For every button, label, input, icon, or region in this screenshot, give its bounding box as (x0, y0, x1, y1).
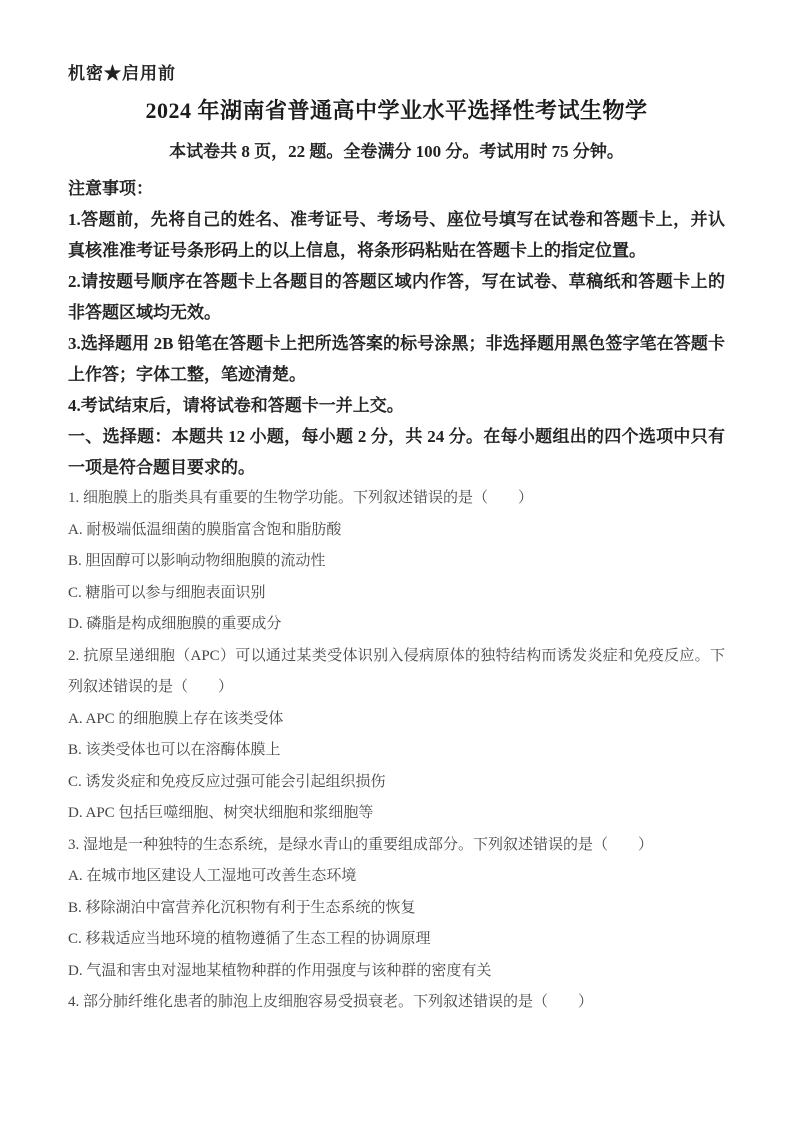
notice-section: 注意事项： 1.答题前，先将自己的姓名、准考证号、考场号、座位号填写在试卷和答题… (68, 173, 725, 421)
notice-heading: 注意事项： (68, 173, 725, 204)
option-line: A. 耐极端低温细菌的膜脂富含饱和脂肪酸 (68, 515, 725, 547)
exam-info-line: 本试卷共 8 页，22 题。全卷满分 100 分。考试用时 75 分钟。 (68, 139, 725, 165)
option-line: D. 磷脂是构成细胞膜的重要成分 (68, 609, 725, 641)
option-line: C. 移栽适应当地环境的植物遵循了生态工程的协调原理 (68, 924, 725, 956)
option-list: A. 耐极端低温细菌的膜脂富含饱和脂肪酸 B. 胆固醇可以影响动物细胞膜的流动性… (68, 515, 725, 641)
classification-label: 机密★启用前 (68, 62, 725, 86)
question-stem: 4. 部分肺纤维化患者的肺泡上皮细胞容易受损衰老。下列叙述错误的是（ ） (68, 987, 725, 1019)
option-line: A. 在城市地区建设人工湿地可改善生态环境 (68, 861, 725, 893)
notice-item: 1.答题前，先将自己的姓名、准考证号、考场号、座位号填写在试卷和答题卡上，并认真… (68, 204, 725, 266)
option-line: B. 胆固醇可以影响动物细胞膜的流动性 (68, 546, 725, 578)
notice-item: 4.考试结束后，请将试卷和答题卡一并上交。 (68, 390, 725, 421)
question-stem: 3. 湿地是一种独特的生态系统，是绿水青山的重要组成部分。下列叙述错误的是（ ） (68, 830, 725, 862)
question-block: 1. 细胞膜上的脂类具有重要的生物学功能。下列叙述错误的是（ ） A. 耐极端低… (68, 483, 725, 641)
page-title: 2024 年湖南省普通高中学业水平选择性考试生物学 (68, 96, 725, 126)
option-line: B. 该类受体也可以在溶酶体膜上 (68, 735, 725, 767)
option-line: D. 气温和害虫对湿地某植物种群的作用强度与该种群的密度有关 (68, 956, 725, 988)
option-list: A. 在城市地区建设人工湿地可改善生态环境 B. 移除湖泊中富营养化沉积物有利于… (68, 861, 725, 987)
option-line: A. APC 的细胞膜上存在该类受体 (68, 704, 725, 736)
exam-page: 机密★启用前 2024 年湖南省普通高中学业水平选择性考试生物学 本试卷共 8 … (68, 0, 725, 1019)
question-stem: 1. 细胞膜上的脂类具有重要的生物学功能。下列叙述错误的是（ ） (68, 483, 725, 515)
question-stem: 2. 抗原呈递细胞（APC）可以通过某类受体识别入侵病原体的独特结构而诱发炎症和… (68, 641, 725, 704)
notice-list: 1.答题前，先将自己的姓名、准考证号、考场号、座位号填写在试卷和答题卡上，并认真… (68, 204, 725, 421)
section-heading: 一、选择题：本题共 12 小题，每小题 2 分，共 24 分。在每小题组出的四个… (68, 421, 725, 483)
option-line: D. APC 包括巨噬细胞、树突状细胞和浆细胞等 (68, 798, 725, 830)
question-block: 3. 湿地是一种独特的生态系统，是绿水青山的重要组成部分。下列叙述错误的是（ ）… (68, 830, 725, 988)
question-block: 4. 部分肺纤维化患者的肺泡上皮细胞容易受损衰老。下列叙述错误的是（ ） (68, 987, 725, 1019)
notice-item: 2.请按题号顺序在答题卡上各题目的答题区域内作答，写在试卷、草稿纸和答题卡上的非… (68, 266, 725, 328)
option-list: A. APC 的细胞膜上存在该类受体 B. 该类受体也可以在溶酶体膜上 C. 诱… (68, 704, 725, 830)
option-line: B. 移除湖泊中富营养化沉积物有利于生态系统的恢复 (68, 893, 725, 925)
question-block: 2. 抗原呈递细胞（APC）可以通过某类受体识别入侵病原体的独特结构而诱发炎症和… (68, 641, 725, 830)
question-list: 1. 细胞膜上的脂类具有重要的生物学功能。下列叙述错误的是（ ） A. 耐极端低… (68, 483, 725, 1019)
option-line: C. 诱发炎症和免疫反应过强可能会引起组织损伤 (68, 767, 725, 799)
notice-item: 3.选择题用 2B 铅笔在答题卡上把所选答案的标号涂黑；非选择题用黑色签字笔在答… (68, 328, 725, 390)
option-line: C. 糖脂可以参与细胞表面识别 (68, 578, 725, 610)
